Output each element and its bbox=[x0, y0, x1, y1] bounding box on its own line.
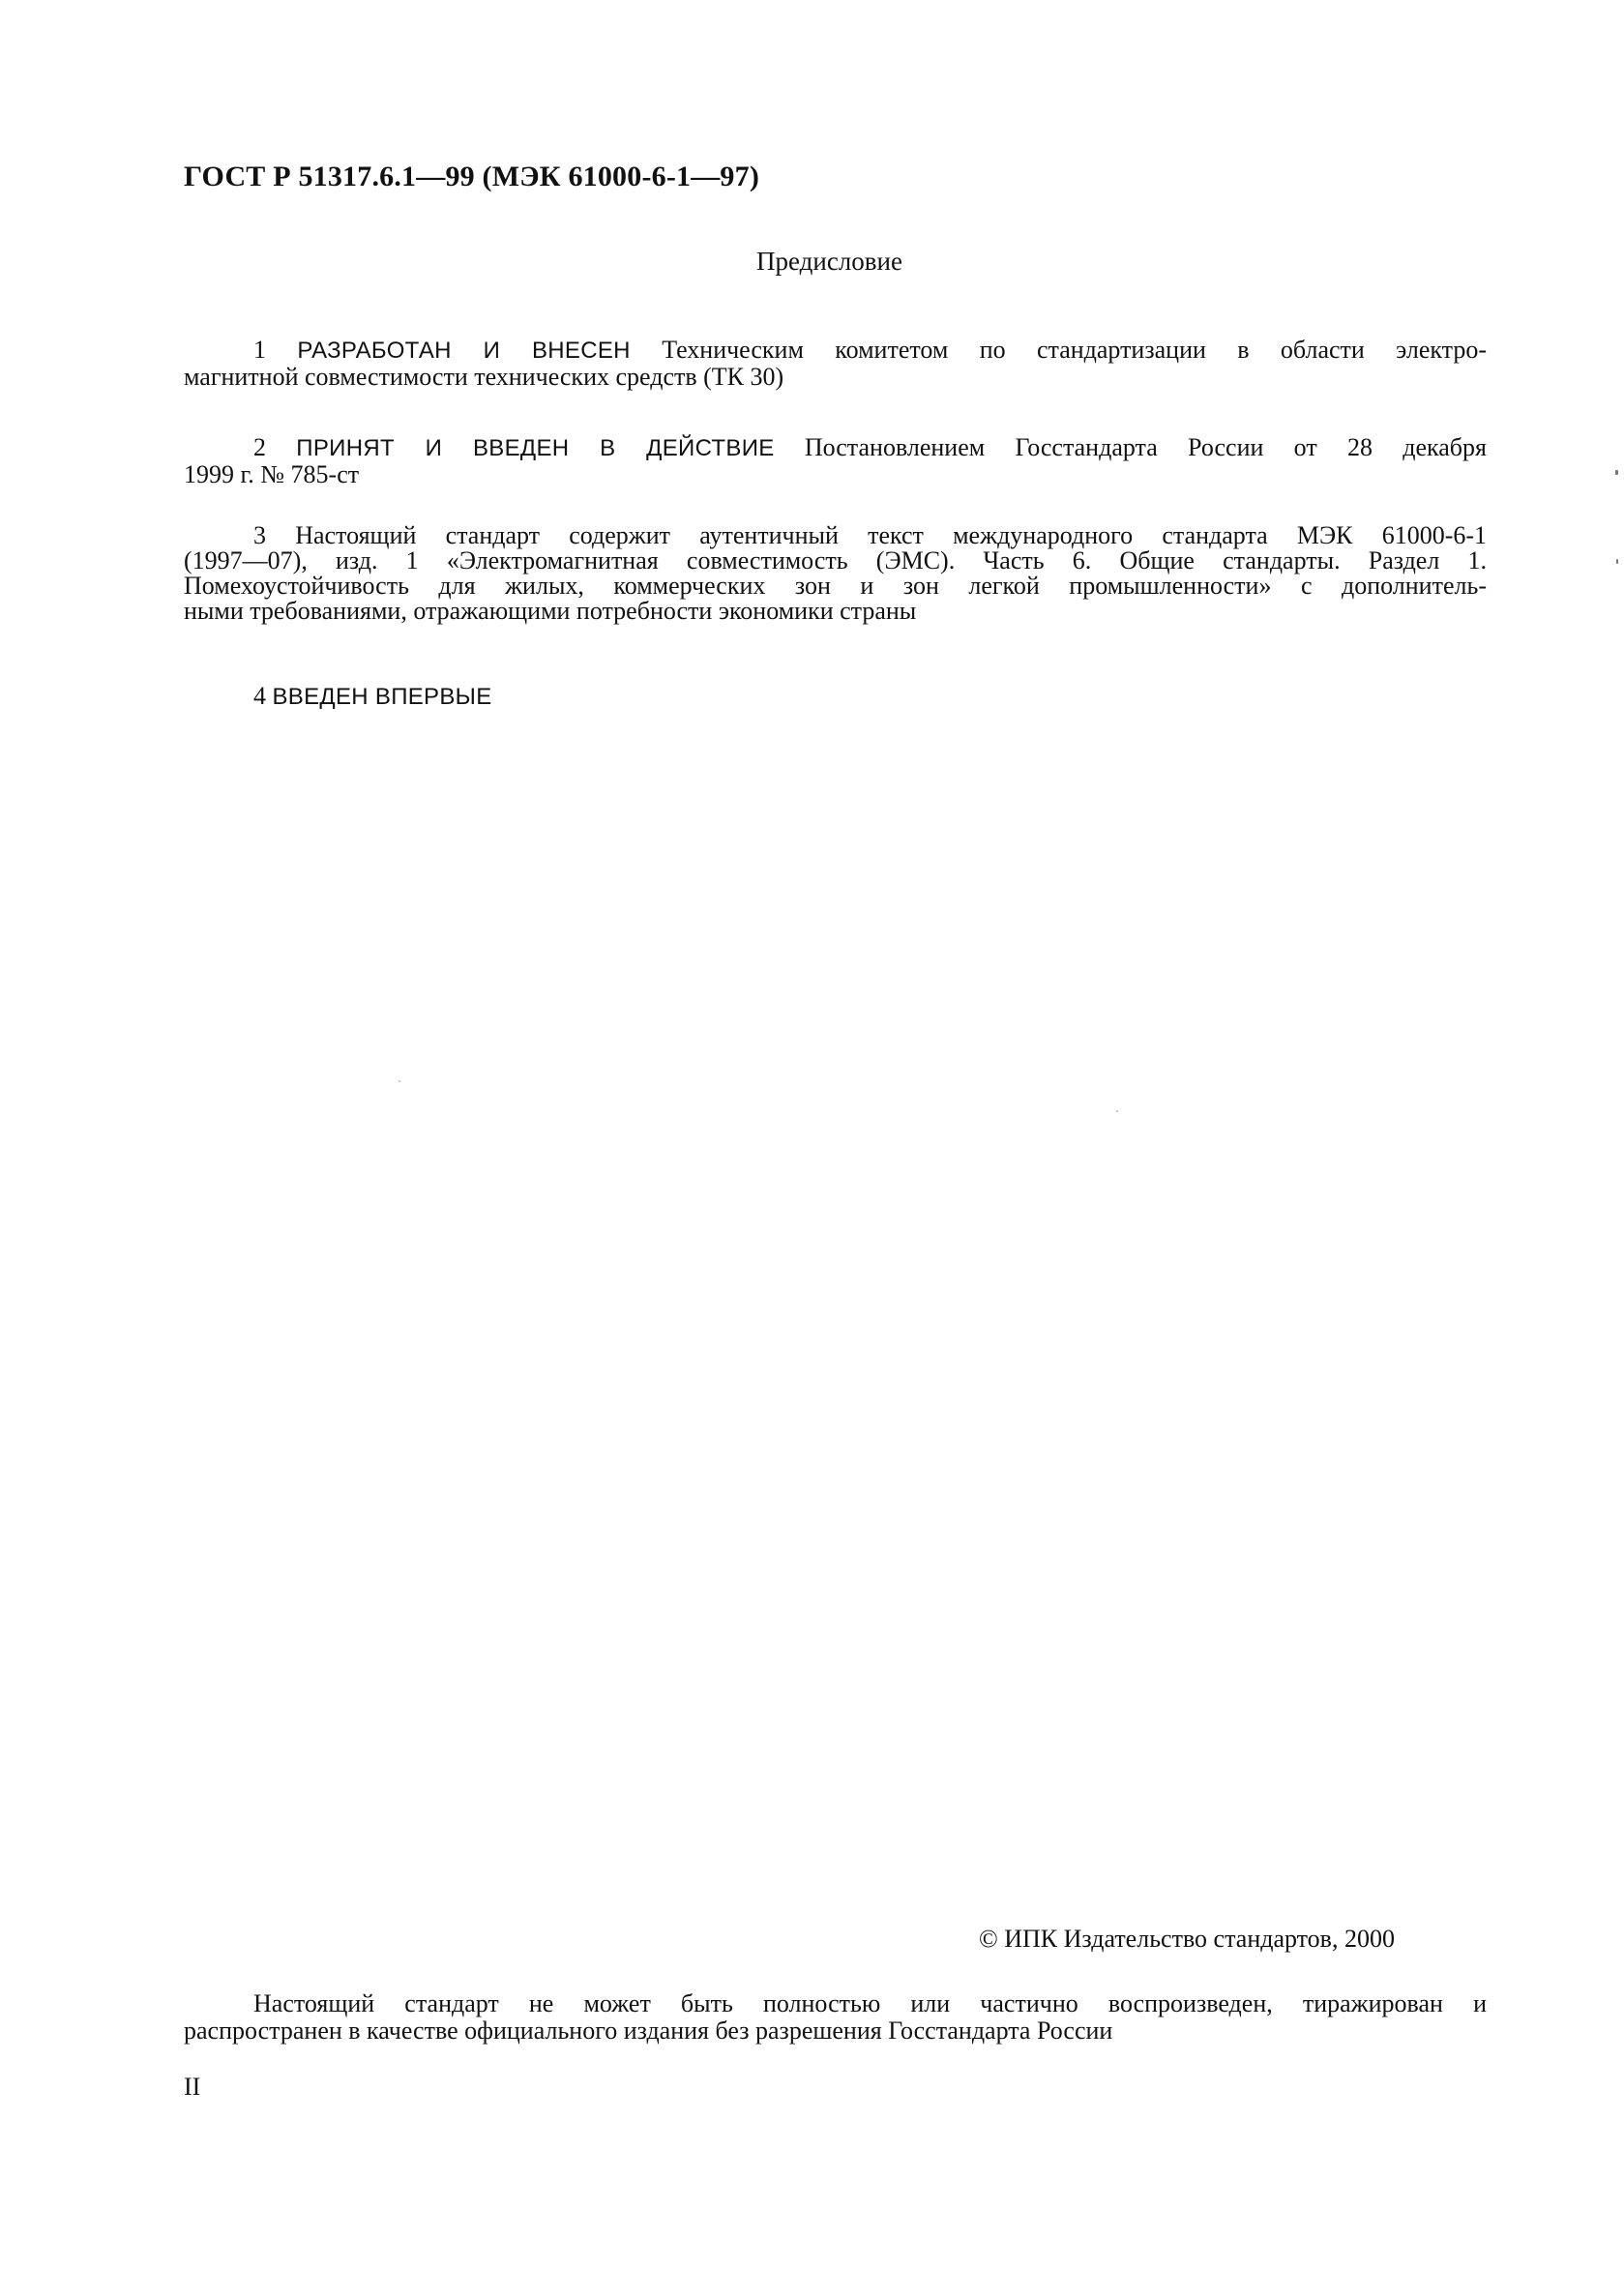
item-number: 3 bbox=[253, 521, 266, 549]
item-lead-caps: ВВЕДЕН ВПЕРВЫЕ bbox=[273, 684, 492, 710]
item-number: 1 bbox=[253, 336, 266, 364]
scan-speck bbox=[1615, 470, 1618, 475]
scan-speck bbox=[1616, 559, 1618, 564]
item-3-line-4: ными требованиями, отражающими потребнос… bbox=[184, 598, 916, 625]
item-2-line-2: 1999 г. № 785-ст bbox=[184, 461, 359, 488]
item-2-line-1: 2 ПРИНЯТ И ВВЕДЕН В ДЕЙСТВИЕ Постановлен… bbox=[253, 434, 1487, 462]
item-number: 4 bbox=[253, 682, 266, 710]
item-text: Постановлением Госстандарта России от 28… bbox=[805, 433, 1487, 461]
item-number: 2 bbox=[253, 433, 266, 461]
item-1-line-1: 1 РАЗРАБОТАН И ВНЕСЕН Техническим комите… bbox=[253, 337, 1487, 365]
document-page: ГОСТ Р 51317.6.1—99 (МЭК 61000-6-1—97) П… bbox=[0, 0, 1624, 2296]
item-3-line-3: Помехоустойчивость для жилых, коммерческ… bbox=[184, 573, 1487, 600]
item-text: Настоящий стандарт содержит аутентичный … bbox=[295, 521, 1487, 549]
item-3-line-2: (1997—07), изд. 1 «Электромагнитная совм… bbox=[184, 547, 1487, 574]
item-lead-caps: РАЗРАБОТАН И ВНЕСЕН bbox=[297, 338, 630, 364]
copyright-notice: © ИПК Издательство стандартов, 2000 bbox=[979, 1925, 1395, 1954]
scan-speck bbox=[399, 1080, 400, 1082]
section-title-foreword: Предисловие bbox=[756, 246, 902, 277]
item-1-line-2: магнитной совместимости технических сред… bbox=[184, 364, 783, 391]
page-number: II bbox=[184, 2074, 200, 2101]
scan-speck bbox=[1116, 1110, 1118, 1112]
foreword-item-4: 4 ВВЕДЕН ВПЕРВЫЕ bbox=[253, 683, 492, 711]
document-header-id: ГОСТ Р 51317.6.1—99 (МЭК 61000-6-1—97) bbox=[184, 161, 759, 193]
item-text: Техническим комитетом по стандартизации … bbox=[662, 336, 1487, 364]
item-3-line-1: 3 Настоящий стандарт содержит аутентичны… bbox=[253, 522, 1487, 549]
notice-line-2: распространен в качестве официального из… bbox=[184, 2017, 1112, 2045]
item-lead-caps: ПРИНЯТ И ВВЕДЕН В ДЕЙСТВИЕ bbox=[296, 435, 774, 461]
notice-line-1: Настоящий стандарт не может быть полност… bbox=[253, 1990, 1487, 2017]
